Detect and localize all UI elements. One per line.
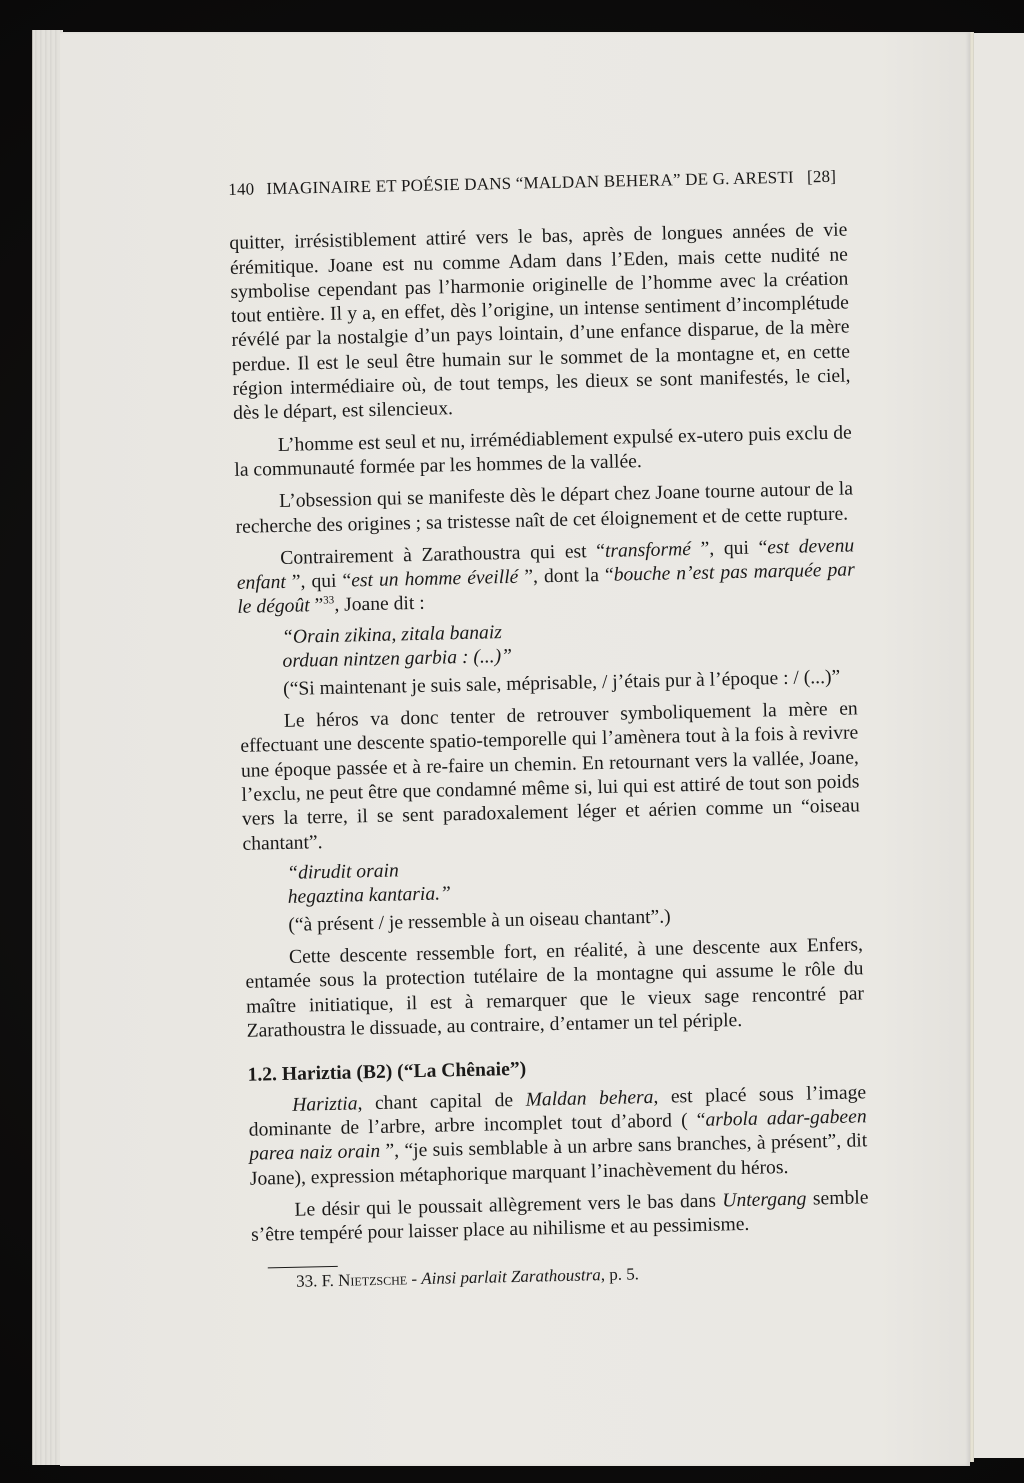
paragraph: Le désir qui le poussait allègrement ver… <box>250 1186 869 1248</box>
text: ”, qui “ <box>286 571 352 593</box>
section-ref: [28] <box>807 165 837 190</box>
paragraph: Contrairement à Zarathoustra qui est “tr… <box>236 534 855 620</box>
footnote-author: Nietzsche <box>338 1270 407 1290</box>
text: , Joane dit : <box>334 593 425 616</box>
term: Untergang <box>722 1188 807 1211</box>
quote: transformé <box>605 539 691 562</box>
verse-quote: “Orain zikina, zitala banaiz orduan nint… <box>238 613 857 674</box>
facing-page-edge <box>974 33 1024 1458</box>
footnote-number: 33. <box>296 1272 318 1291</box>
text: ”, qui “ <box>691 537 768 560</box>
footnote-work: Ainsi parlait Zarathoustra <box>421 1266 601 1289</box>
footnote-ref: 33 <box>323 595 334 607</box>
scan-background: 140 IMAGINAIRE ET POÉSIE DANS “MALDAN BE… <box>0 0 1024 1483</box>
title: Maldan behera <box>525 1087 653 1111</box>
footnote-page: , p. 5. <box>601 1265 640 1285</box>
text: Contrairement à Zarathoustra qui est “ <box>280 541 605 569</box>
paragraph: Hariztia, chant capital de Maldan behera… <box>248 1081 868 1192</box>
footnote-divider <box>268 1266 338 1269</box>
text: ”, dont la “ <box>518 565 614 588</box>
paragraph: Le héros va donc tenter de retrouver sym… <box>240 697 861 856</box>
paragraph: quitter, irrésistiblement attiré vers le… <box>229 219 851 427</box>
quote: est un homme éveillé <box>351 567 519 592</box>
page-number: 140 <box>228 177 255 202</box>
verse-quote: “dirudit orain hegaztina kantaria.” <box>243 849 862 910</box>
page-edges <box>32 30 63 1465</box>
title: Hariztia <box>292 1093 358 1115</box>
paragraph: L’obsession qui se manifeste dès le dépa… <box>235 478 854 540</box>
paragraph: Cette descente ressemble fort, en réalit… <box>245 933 865 1044</box>
text: ” <box>310 595 324 616</box>
paragraph: L’homme est seul et nu, irrémédiablement… <box>234 421 853 483</box>
footnote-author-initial: F. <box>321 1271 334 1290</box>
text: , chant capital de <box>357 1089 525 1114</box>
page-text: 140 IMAGINAIRE ET POÉSIE DANS “MALDAN BE… <box>228 165 870 1296</box>
footnote-separator: - <box>407 1269 422 1288</box>
